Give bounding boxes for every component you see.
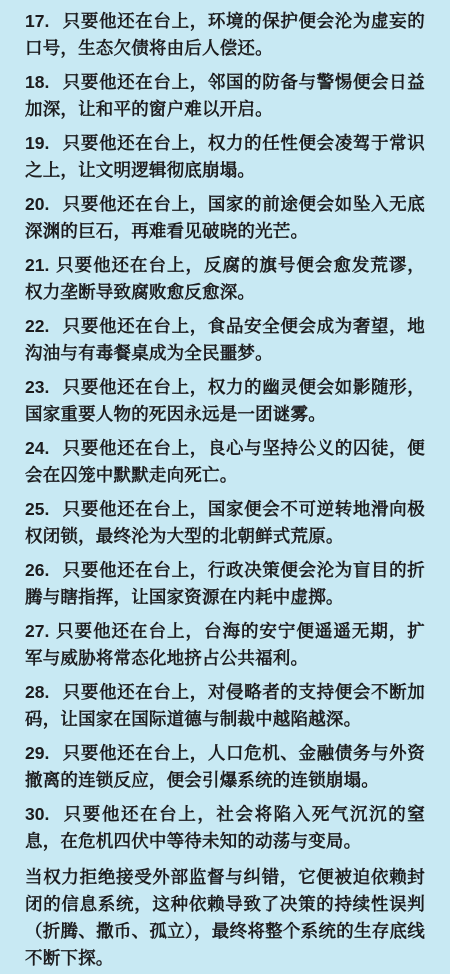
item-number: 22. xyxy=(25,316,49,336)
item-text: 只要他还在台上，权力的任性便会凌驾于常识之上，让文明逻辑彻底崩塌。 xyxy=(25,133,425,180)
item-text: 只要他还在台上，食品安全便会成为奢望，地沟油与有毒餐桌成为全民噩梦。 xyxy=(25,316,425,363)
item-number: 26. xyxy=(25,560,49,580)
item-number: 17. xyxy=(25,11,49,31)
item-text: 只要他还在台上，良心与坚持公义的囚徒，便会在囚笼中默默走向死亡。 xyxy=(25,438,425,485)
statement-list: 17.只要他还在台上，环境的保护便会沦为虚妄的口号，生态欠债将由后人偿还。 18… xyxy=(25,8,425,855)
text-screenshot-page: { "theme": { "background": "#c8e9f3", "t… xyxy=(0,0,450,974)
list-item: 17.只要他还在台上，环境的保护便会沦为虚妄的口号，生态欠债将由后人偿还。 xyxy=(25,8,425,62)
list-item: 19.只要他还在台上，权力的任性便会凌驾于常识之上，让文明逻辑彻底崩塌。 xyxy=(25,130,425,184)
list-item: 28.只要他还在台上，对侵略者的支持便会不断加码，让国家在国际道德与制裁中越陷越… xyxy=(25,679,425,733)
item-number: 23. xyxy=(25,377,49,397)
item-number: 24. xyxy=(25,438,49,458)
item-text: 只要他还在台上，环境的保护便会沦为虚妄的口号，生态欠债将由后人偿还。 xyxy=(25,11,425,58)
list-item: 30.只要他还在台上，社会将陷入死气沉沉的窒息，在危机四伏中等待未知的动荡与变局… xyxy=(25,801,425,855)
item-text: 只要他还在台上，反腐的旗号便会愈发荒谬，权力垄断导致腐败愈反愈深。 xyxy=(25,255,425,302)
item-number: 25. xyxy=(25,499,49,519)
list-item: 25.只要他还在台上，国家便会不可逆转地滑向极权闭锁，最终沦为大型的北朝鲜式荒原… xyxy=(25,496,425,550)
list-item: 22.只要他还在台上，食品安全便会成为奢望，地沟油与有毒餐桌成为全民噩梦。 xyxy=(25,313,425,367)
list-item: 21.只要他还在台上，反腐的旗号便会愈发荒谬，权力垄断导致腐败愈反愈深。 xyxy=(25,252,425,306)
item-text: 只要他还在台上，国家便会不可逆转地滑向极权闭锁，最终沦为大型的北朝鲜式荒原。 xyxy=(25,499,425,546)
item-number: 30. xyxy=(25,804,49,824)
list-item: 18.只要他还在台上，邻国的防备与警惕便会日益加深，让和平的窗户难以开启。 xyxy=(25,69,425,123)
item-text: 只要他还在台上，邻国的防备与警惕便会日益加深，让和平的窗户难以开启。 xyxy=(25,72,425,119)
list-item: 27.只要他还在台上，台海的安宁便遥遥无期，扩军与威胁将常态化地挤占公共福利。 xyxy=(25,618,425,672)
statement-page: 17.只要他还在台上，环境的保护便会沦为虚妄的口号，生态欠债将由后人偿还。 18… xyxy=(0,0,450,974)
item-number: 20. xyxy=(25,194,49,214)
item-number: 29. xyxy=(25,743,49,763)
item-text: 只要他还在台上，社会将陷入死气沉沉的窒息，在危机四伏中等待未知的动荡与变局。 xyxy=(25,804,425,851)
list-item: 29.只要他还在台上，人口危机、金融债务与外资撤离的连锁反应，便会引爆系统的连锁… xyxy=(25,740,425,794)
list-item: 26.只要他还在台上，行政决策便会沦为盲目的折腾与瞎指挥，让国家资源在内耗中虚掷… xyxy=(25,557,425,611)
list-item: 24.只要他还在台上，良心与坚持公义的囚徒，便会在囚笼中默默走向死亡。 xyxy=(25,435,425,489)
item-text: 只要他还在台上，台海的安宁便遥遥无期，扩军与威胁将常态化地挤占公共福利。 xyxy=(25,621,425,668)
list-item: 20.只要他还在台上，国家的前途便会如坠入无底深渊的巨石，再难看见破晓的光芒。 xyxy=(25,191,425,245)
item-text: 只要他还在台上，国家的前途便会如坠入无底深渊的巨石，再难看见破晓的光芒。 xyxy=(25,194,425,241)
item-number: 28. xyxy=(25,682,49,702)
item-text: 只要他还在台上，权力的幽灵便会如影随形，国家重要人物的死因永远是一团谜雾。 xyxy=(25,377,425,424)
closing-paragraph: 当权力拒绝接受外部监督与纠错，它便被迫依赖封闭的信息系统，这种依赖导致了决策的持… xyxy=(25,864,425,972)
list-item: 23.只要他还在台上，权力的幽灵便会如影随形，国家重要人物的死因永远是一团谜雾。 xyxy=(25,374,425,428)
item-text: 只要他还在台上，人口危机、金融债务与外资撤离的连锁反应，便会引爆系统的连锁崩塌。 xyxy=(25,743,425,790)
item-number: 18. xyxy=(25,72,49,92)
item-text: 只要他还在台上，行政决策便会沦为盲目的折腾与瞎指挥，让国家资源在内耗中虚掷。 xyxy=(25,560,425,607)
item-number: 27. xyxy=(25,621,49,641)
item-text: 只要他还在台上，对侵略者的支持便会不断加码，让国家在国际道德与制裁中越陷越深。 xyxy=(25,682,425,729)
item-number: 21. xyxy=(25,255,49,275)
item-number: 19. xyxy=(25,133,49,153)
